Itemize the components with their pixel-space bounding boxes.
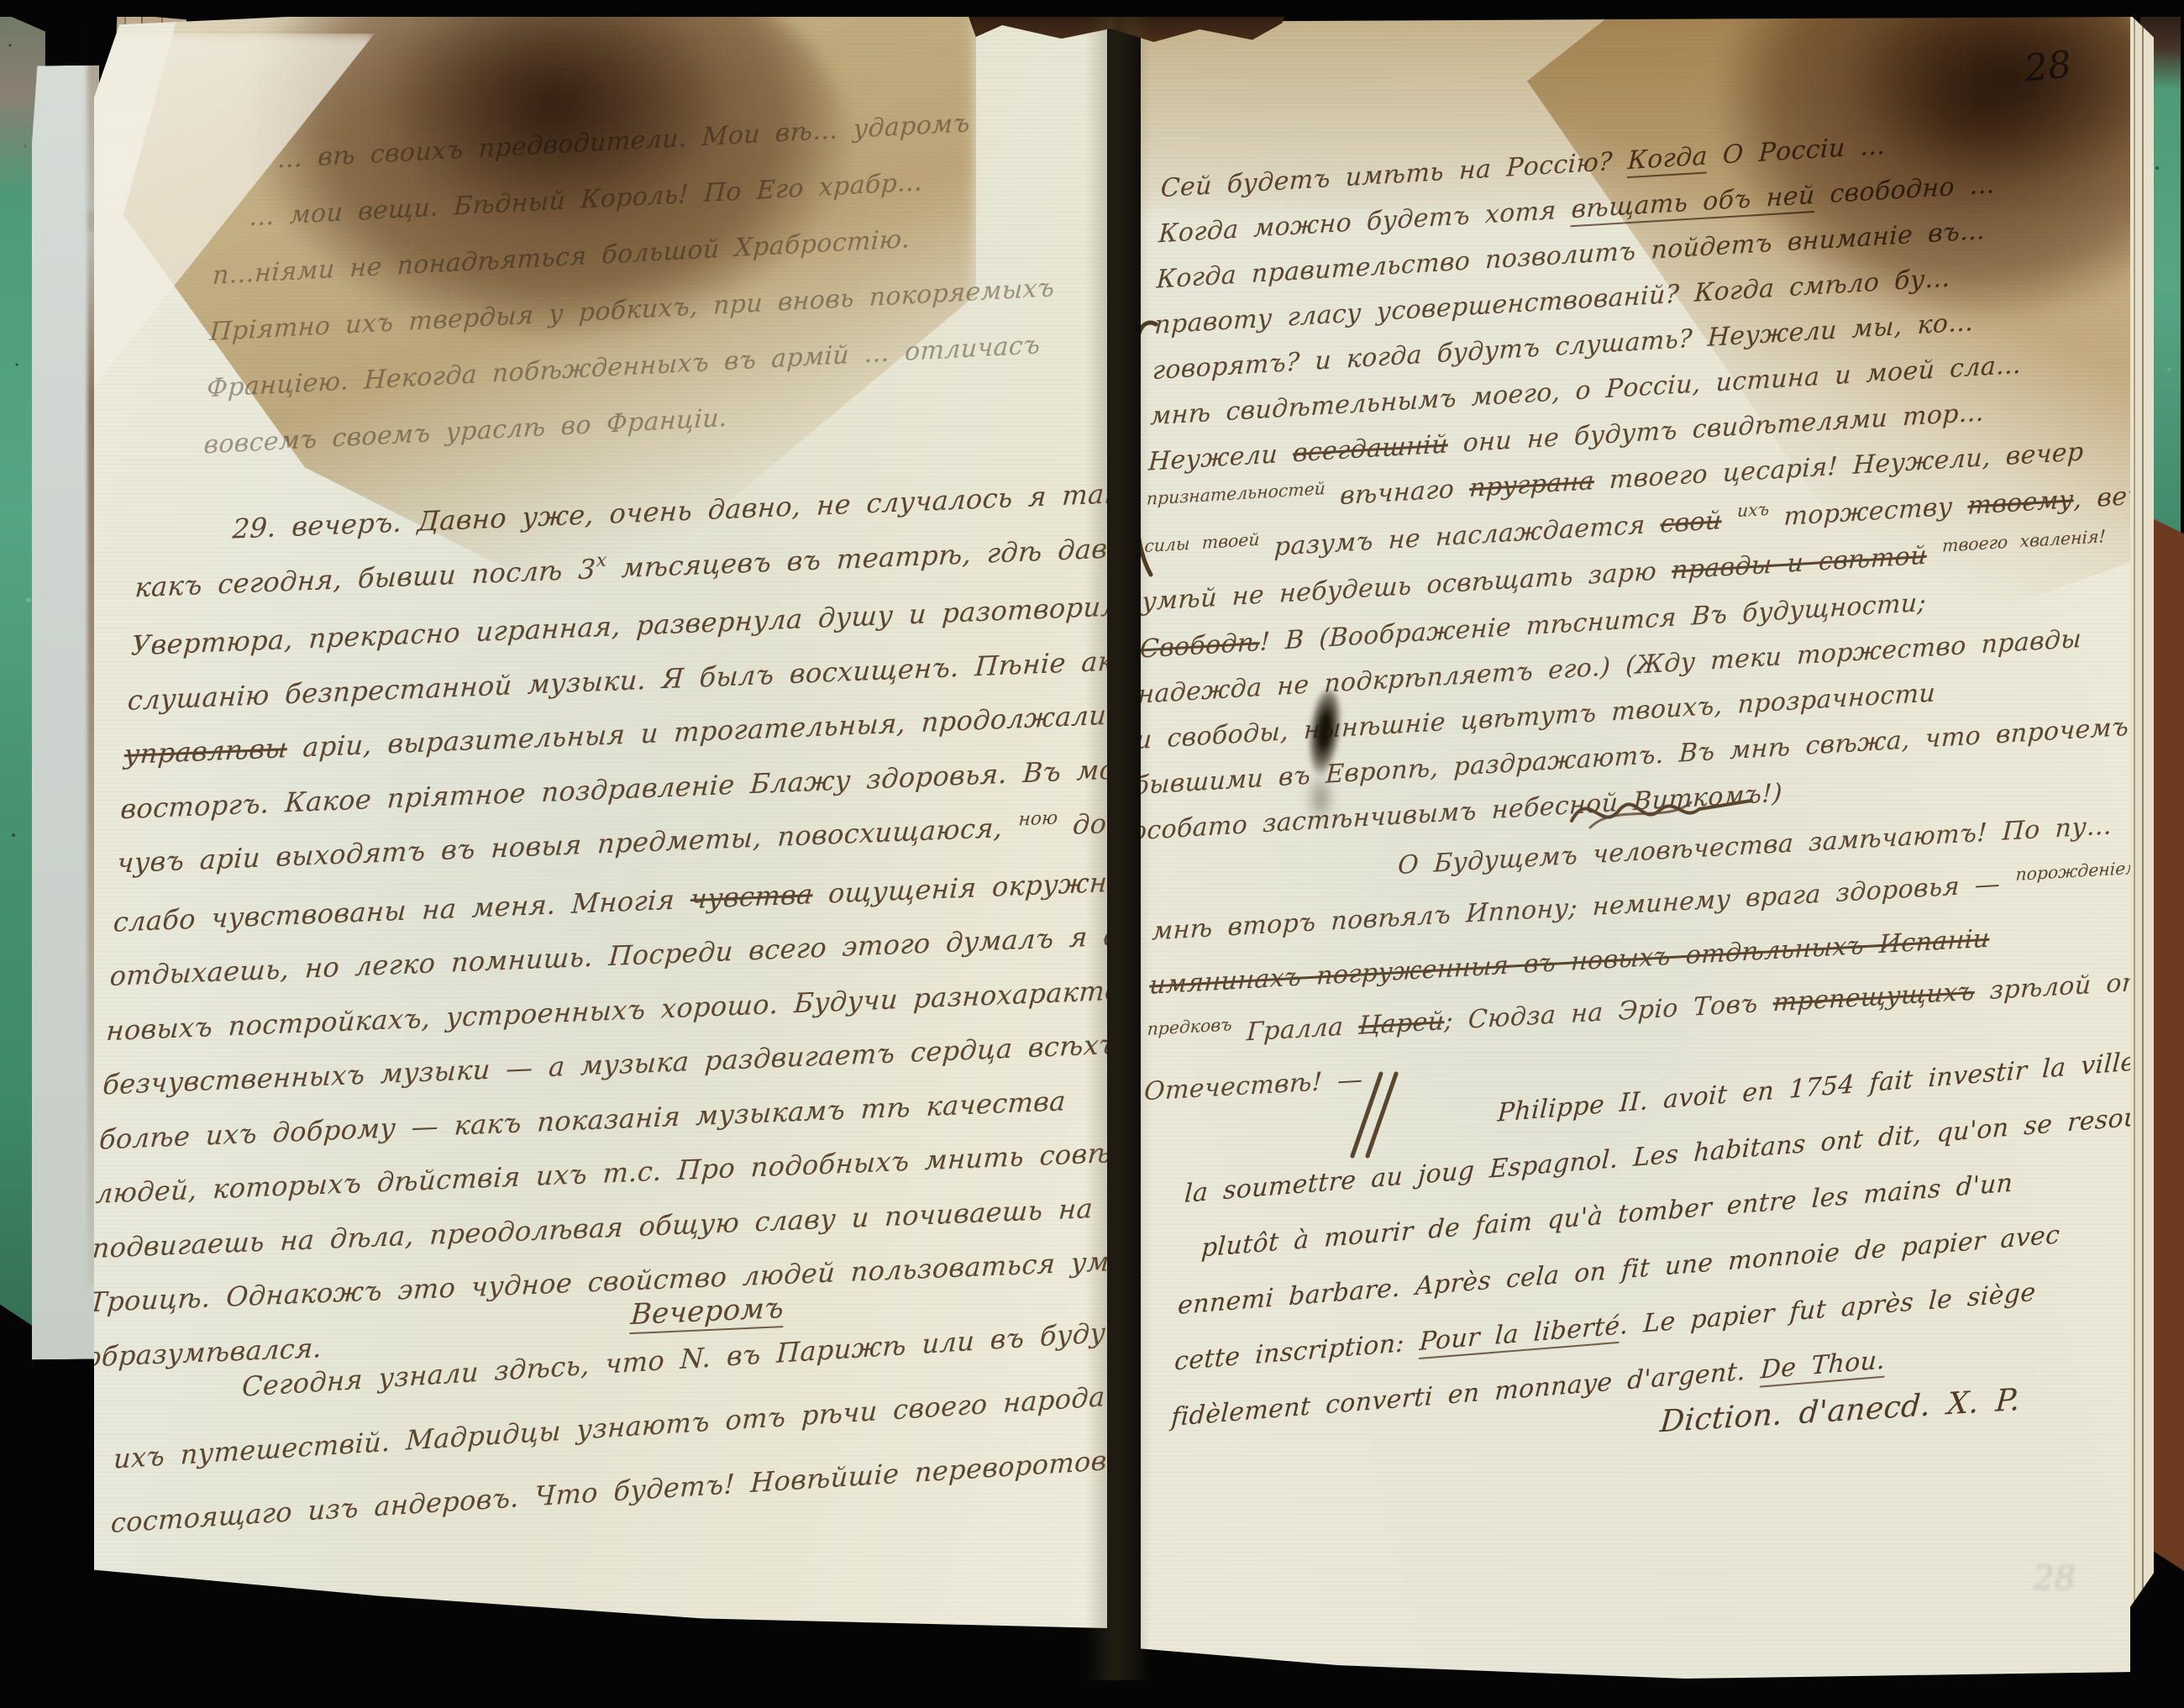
background-top-edge	[0, 0, 2184, 17]
right-paragraph-a: Сей будетъ имѣть на Россію? Когда О Росс…	[1131, 105, 2184, 855]
left-page: … вѣ своихъ предводители. Мои вѣ… ударом…	[94, 8, 1107, 1628]
book-gutter-shadow	[1085, 7, 1151, 1680]
page-number: 28	[2022, 43, 2073, 91]
separator-flourish-icon	[1565, 777, 1758, 840]
ink-blot-smudge	[1302, 765, 1339, 832]
left-faded-paragraph: … вѣ своихъ предводители. Мои вѣ… ударом…	[202, 90, 1065, 473]
page-number-ghost: 28	[2033, 1559, 2076, 1598]
double-slash-mark	[1341, 1069, 1408, 1161]
right-page: 28 28 Сей будетъ имѣть на Россію? Когда …	[1141, 17, 2130, 1679]
